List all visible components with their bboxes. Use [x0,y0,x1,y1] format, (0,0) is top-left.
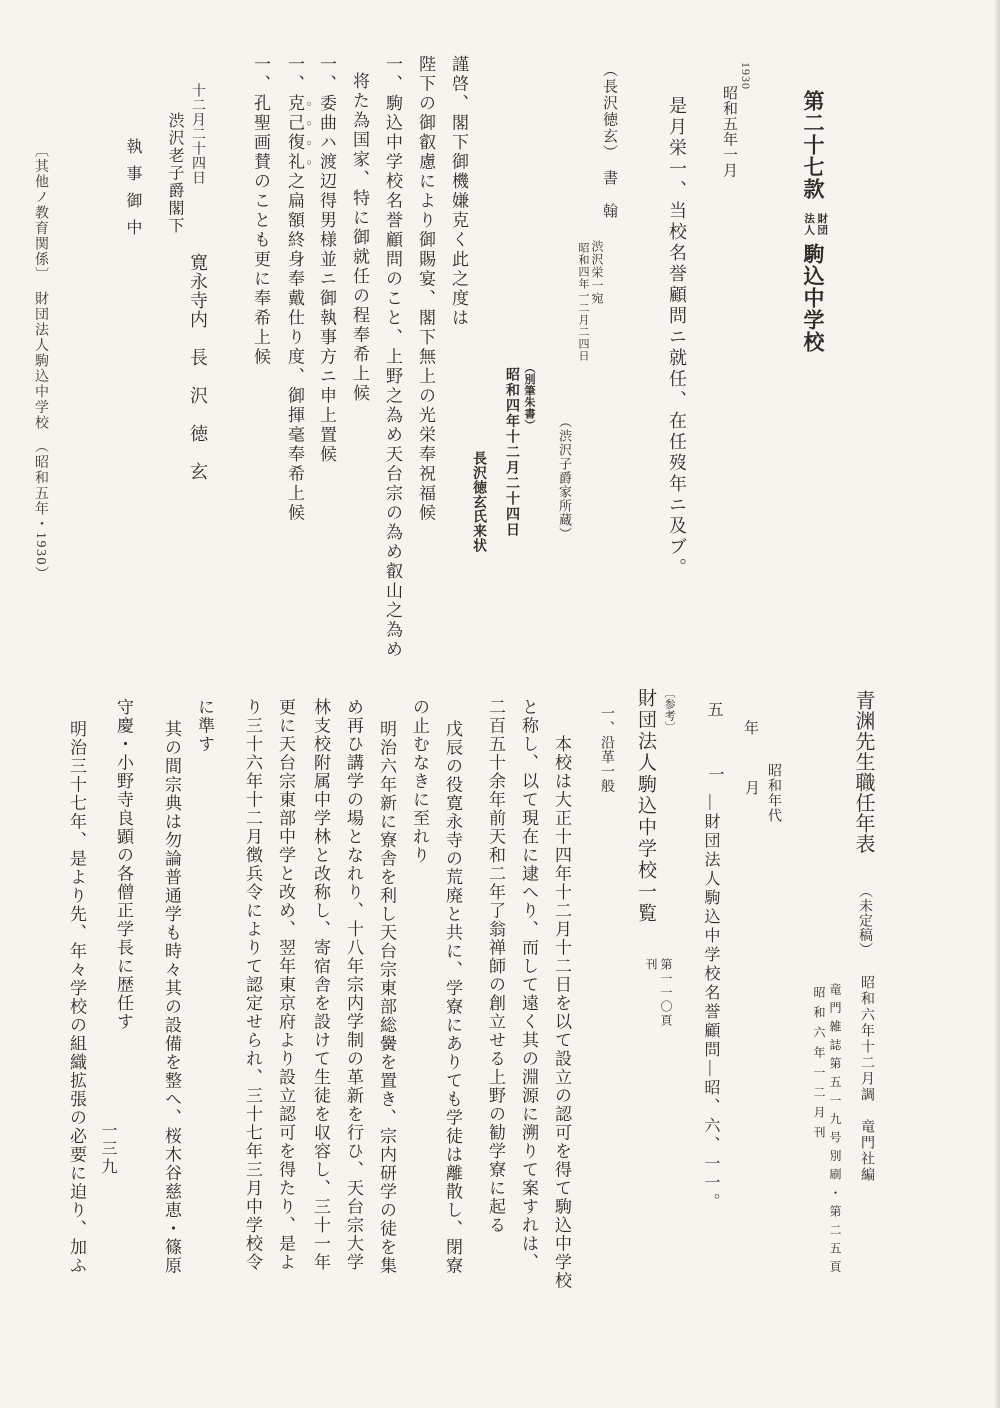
marginal-year-1930: 1930 [740,62,752,90]
chronology-title-note: （未定稿） [857,884,871,957]
warichu-hojin: 法人 [802,213,815,236]
reference-page: 第一一〇頁 [660,958,672,1028]
chronology-source-line-2: 昭和六年一二月刊 [813,986,825,1146]
letter-recipient-suffix: 執事御中 [124,138,140,246]
body-column-5: の止むなきに至れり [411,698,428,865]
annotation-sender: 長沢徳玄氏来状 [471,451,485,553]
chronology-compiled-by: 昭和六年十二月調 竜門社編 [859,975,873,1183]
table-entry-year: 五 [705,701,721,717]
letter-closing-date: 十二月二十四日 [190,83,204,185]
body-column-6: 明治六年新に寮舎を利し天台宗東部総黌を置き、宗内研学の徒を集 [378,720,395,1275]
section-heading-number: 第二十七款 [802,90,823,200]
letter-recipient: 渋沢老子爵閣下 [166,112,182,235]
reference-publication: 刊 [645,958,657,970]
page-number: 一三九 [99,1122,115,1176]
letter-line-1: 謹啓、閣下御機嫌克く此之度は [450,55,467,328]
letter-line-4: 将た為国家、特に御就任の程奉希上候 [351,72,368,404]
body-column-8: 林支校附属中学林と改称し、寄宿舎を設けて生徒を収容し、三十一年 [312,698,329,1272]
scan-edge-shadow [994,0,1000,1408]
document-title: （長沢徳玄） 書 翰 [601,62,616,220]
body-column-10: り三十六年十二月徴兵令によりて認定せられ、三十七年三月中学校令 [244,698,261,1272]
letter-line-2: 陛下の御叡慮により御賜宴、閣下無上の光栄奉祝福候 [417,55,434,523]
annotation-date: 昭和四年十二月二十四日 [504,367,518,538]
body-column-2: と称し、以て現在に逮へり、而して遠く其の淵源に溯りて案すれは、 [520,698,537,1272]
letter-line-6: 一、克己復礼之扁額終身奉戴仕り度、御揮毫奉希上候 [285,55,314,523]
entry-date-line: 昭和五年一月 [721,85,736,178]
letter-sender-signature: 寛永寺内 長 沢 徳 玄 [189,253,207,481]
scanned-document-page: 第二十七款 財団 法人 駒込中学校 1930 昭和五年一月 是月栄一、当校名誉顧… [0,0,1000,1408]
body-column-4: 戊辰の役寛永寺の荒廃と共に、学寮にありても学徒は離散し、閉寮 [444,720,461,1275]
document-date: 昭和四年一二月二四日 [577,242,588,362]
letter-line-6-tail: 之扁額終身奉戴仕り度、御揮毫奉希上候 [285,172,304,523]
section-heading-school-name: 駒込中学校 [802,243,823,353]
letter-line-6-emphasized: 克己復礼 [285,94,304,172]
body-column-3: 二百五十余年前天和二年了翁禅師の創立せる上野の勧学寮に起る [487,698,504,1235]
body-column-9: 更に天台宗東部中学と改め、翌年東京府より設立認可を得たり、是よ [277,698,294,1272]
body-column-7: め再ひ講学の場となれり、十八年宗内学制の革新を行ひ、天台宗大学 [345,698,362,1272]
body-column-1: 本校は大正十四年十二月十二日を以て設立の認可を得て駒込中学校 [553,735,570,1290]
chronology-source-line-1: 竜門雑誌第五一九号別刷・第二五頁 [829,983,841,1279]
table-header-era: 昭和年代 [766,763,780,823]
entry-summary-line: 是月栄一、当校名誉顧問ニ就任、在任歿年ニ及ブ。 [668,96,686,579]
letter-line-7: 一、孔聖画賛のことも更に奉希上候 [252,55,269,367]
letter-line-6-head: 一、 [285,55,304,94]
document-provenance: （渋沢子爵家所蔵） [558,415,571,541]
heading-corporate-type-warichu: 財団 法人 [802,213,828,236]
document-addressee: 渋沢栄一宛 [591,240,603,305]
table-entry-text: —財団法人駒込中学校名誉顧問—昭、六、一一。 [702,794,718,1212]
letter-line-5: 一、委曲ハ渡辺得男様並ニ御執事方ニ申上置候 [318,55,335,465]
reference-title: 財団法人駒込中学校一覧 [636,688,655,925]
section-heading-history: 一、沿革一般 [599,706,613,793]
table-header-year: 年 [742,720,757,735]
annotation-red-ink-note: （別筆朱書） [523,362,534,431]
body-column-12: 其の間宗典は勿論普通学も時々其の設備を整へ、桜木谷慈恵・篠原 [163,720,180,1275]
table-entry-month: 一 [706,766,722,782]
chronology-title: 青渊先生職任年表 [853,690,873,854]
margin-category-note: 〔其他ノ教育関係〕 財団法人駒込中学校 （昭和五年・1930） [33,143,47,582]
body-column-11: に準す [196,698,213,754]
letter-line-3: 一、駒込中学校名誉顧問のこと、上野之為め天台宗の為め叡山之為め [384,55,401,660]
body-column-14: 明治三十七年、是より先、年々学校の組織拡張の必要に迫り、加ふ [68,720,85,1275]
warichu-zaidan: 財団 [815,213,828,236]
reference-label: 〔参考〕 [663,687,674,733]
table-header-month: 月 [743,780,758,795]
body-column-13: 守慶・小野寺良顕の各僧正学長に歴任す [115,698,132,1031]
